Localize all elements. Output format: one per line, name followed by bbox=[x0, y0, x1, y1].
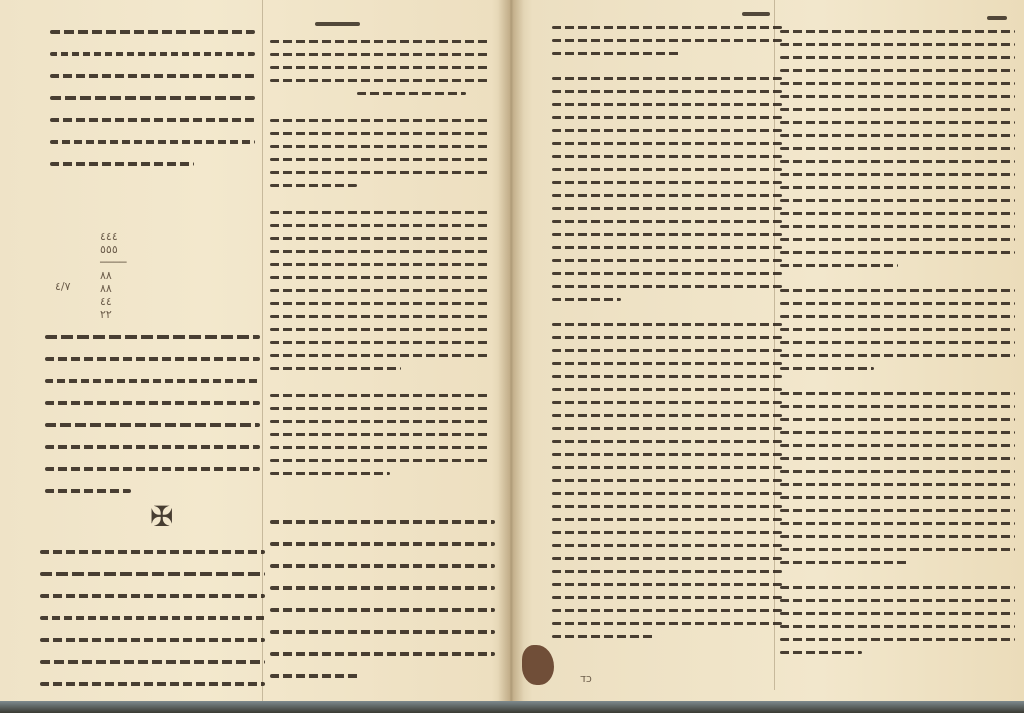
right-page: כד bbox=[512, 0, 1024, 713]
arithmetic-notes: ٤٤٤٥٥٥────٨٨٨٨٤٤٢٢ bbox=[100, 230, 127, 321]
ink-stain bbox=[522, 645, 554, 685]
column-heading bbox=[315, 22, 360, 26]
left-page: ٤٤٤٥٥٥────٨٨٨٨٤٤٢٢ ٤/٧ ✠ bbox=[0, 0, 508, 713]
top-left-entry bbox=[50, 30, 255, 184]
page-mark: כד bbox=[580, 672, 592, 685]
column-heading bbox=[742, 12, 770, 16]
column-heading bbox=[987, 16, 1007, 20]
page-bottom-edge bbox=[0, 701, 1024, 713]
right-page-col1 bbox=[552, 26, 782, 648]
bottom-left-entry bbox=[40, 550, 265, 704]
middle-left-entry bbox=[45, 335, 260, 511]
fraction-note: ٤/٧ bbox=[55, 280, 71, 293]
manuscript-spread: ٤٤٤٥٥٥────٨٨٨٨٤٤٢٢ ٤/٧ ✠ bbox=[0, 0, 1024, 713]
bold-entry bbox=[270, 520, 495, 696]
signature-mark: ✠ bbox=[150, 500, 173, 533]
right-column-text bbox=[270, 40, 488, 485]
right-page-col2 bbox=[780, 30, 1015, 664]
